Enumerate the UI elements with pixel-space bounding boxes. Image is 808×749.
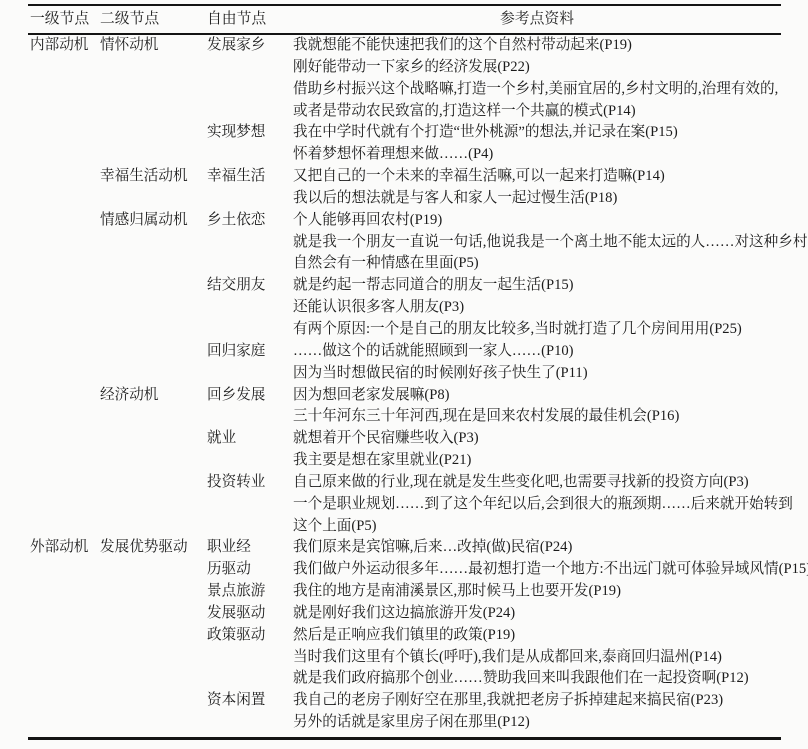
table-bottom-rule	[28, 737, 781, 740]
table-row: 当时我们这里有个镇长(呼吁),我们是从成都回来,泰商回归温州(P14)	[28, 647, 781, 669]
cell-free-node: 政策驱动	[207, 625, 293, 647]
cell-level2-node: 发展优势驱动	[100, 537, 207, 559]
table-row: 实现梦想 我在中学时代就有个打造“世外桃源”的想法,并记录在案(P15)	[28, 122, 781, 144]
table-row: 历驱动 我们做户外运动很多年……最初想打造一个地方:不出远门就可体验异域风情(P…	[28, 559, 781, 581]
cell-free-node: 就业	[207, 428, 293, 450]
cell-level1-node: 内部动机	[28, 35, 100, 57]
table-row: 一个是职业规划……到了这个年纪以后,会到很大的瓶颈期……后来就开始转到	[28, 494, 781, 516]
table-row: 我主要是想在家里就业(P21)	[28, 450, 781, 472]
cell-free-node: 发展家乡	[207, 35, 293, 57]
cell-free-node: 投资转业	[207, 472, 293, 494]
cell-level2-node: 情怀动机	[100, 35, 207, 57]
cell-reference-text: 我就想能不能快速把我们的这个自然村带动起来(P19)	[293, 35, 781, 57]
header-reference-material: 参考点资料	[293, 9, 781, 31]
table-row: 刚好能带动一下家乡的经济发展(P22)	[28, 57, 781, 79]
cell-reference-text: 自然会有一种情感在里面(P5)	[293, 253, 781, 275]
cell-reference-text: 就想着开个民宿赚些收入(P3)	[293, 428, 781, 450]
cell-reference-text: 我自己的老房子刚好空在那里,我就把老房子拆掉建起来搞民宿(P23)	[293, 690, 781, 712]
table-row: 发展驱动 就是刚好我们这边搞旅游开发(P24)	[28, 603, 781, 625]
cell-reference-text: 当时我们这里有个镇长(呼吁),我们是从成都回来,泰商回归温州(P14)	[293, 647, 781, 669]
table-row: 政策驱动 然后是正响应我们镇里的政策(P19)	[28, 625, 781, 647]
cell-reference-text: ……做这个的话就能照顾到一家人……(P10)	[293, 341, 781, 363]
cell-reference-text: 或者是带动农民致富的,打造这样一个共赢的模式(P14)	[293, 101, 781, 123]
table-header-row: 一级节点 二级节点 自由节点 参考点资料	[28, 6, 781, 33]
cell-reference-text: 又把自己的一个未来的幸福生活嘛,可以一起来打造嘛(P14)	[293, 166, 781, 188]
cell-reference-text: 还能认识很多客人朋友(P3)	[293, 297, 781, 319]
table-row: 幸福生活动机 幸福生活 又把自己的一个未来的幸福生活嘛,可以一起来打造嘛(P14…	[28, 166, 781, 188]
table-row: 经济动机 回乡发展 因为想回老家发展嘛(P8)	[28, 385, 781, 407]
table-row: 三十年河东三十年河西,现在是回来农村发展的最佳机会(P16)	[28, 406, 781, 428]
cell-reference-text: 因为想回老家发展嘛(P8)	[293, 385, 781, 407]
cell-reference-text: 刚好能带动一下家乡的经济发展(P22)	[293, 57, 781, 79]
table-row: 我以后的想法就是与客人和家人一起过慢生活(P18)	[28, 188, 781, 210]
cell-reference-text: 就是我们政府搞那个创业……赞助我回来叫我跟他们在一起投资啊(P12)	[293, 668, 781, 690]
cell-free-node: 历驱动	[207, 559, 293, 581]
cell-reference-text: 怀着梦想怀着理想来做……(P4)	[293, 144, 781, 166]
cell-reference-text: 我们原来是宾馆嘛,后来…改掉(做)民宿(P24)	[293, 537, 781, 559]
cell-level2-node: 经济动机	[100, 385, 207, 407]
table-row: 还能认识很多客人朋友(P3)	[28, 297, 781, 319]
cell-reference-text: 有两个原因:一个是自己的朋友比较多,当时就打造了几个房间用用(P25)	[293, 319, 781, 341]
table-row: 外部动机 发展优势驱动 职业经 我们原来是宾馆嘛,后来…改掉(做)民宿(P24)	[28, 537, 781, 559]
table-row: 借助乡村振兴这个战略嘛,打造一个乡村,美丽宜居的,乡村文明的,治理有效的,	[28, 79, 781, 101]
cell-free-node: 结交朋友	[207, 275, 293, 297]
table-row: 因为当时想做民宿的时候刚好孩子快生了(P11)	[28, 363, 781, 385]
table-row: 怀着梦想怀着理想来做……(P4)	[28, 144, 781, 166]
table-row: 就是我一个朋友一直说一句话,他说我是一个离土地不能太远的人……对这种乡村	[28, 232, 781, 254]
table-row: 景点旅游 我住的地方是南浦溪景区,那时候马上也要开发(P19)	[28, 581, 781, 603]
table-row: 回归家庭 ……做这个的话就能照顾到一家人……(P10)	[28, 341, 781, 363]
cell-level1-node: 外部动机	[28, 537, 100, 559]
cell-reference-text: 我在中学时代就有个打造“世外桃源”的想法,并记录在案(P15)	[293, 122, 781, 144]
cell-reference-text: 我主要是想在家里就业(P21)	[293, 450, 781, 472]
table-row: 自然会有一种情感在里面(P5)	[28, 253, 781, 275]
cell-reference-text: 然后是正响应我们镇里的政策(P19)	[293, 625, 781, 647]
header-free-node: 自由节点	[207, 9, 293, 31]
cell-reference-text: 这个上面(P5)	[293, 516, 781, 538]
cell-free-node: 幸福生活	[207, 166, 293, 188]
cell-reference-text: 我以后的想法就是与客人和家人一起过慢生活(P18)	[293, 188, 781, 210]
table-row: 情感归属动机 乡土依恋 个人能够再回农村(P19)	[28, 210, 781, 232]
cell-reference-text: 就是约起一帮志同道合的朋友一起生活(P15)	[293, 275, 781, 297]
cell-reference-text: 个人能够再回农村(P19)	[293, 210, 781, 232]
cell-reference-text: 一个是职业规划……到了这个年纪以后,会到很大的瓶颈期……后来就开始转到	[293, 494, 793, 516]
header-level2-node: 二级节点	[100, 9, 207, 31]
table-row: 有两个原因:一个是自己的朋友比较多,当时就打造了几个房间用用(P25)	[28, 319, 781, 341]
cell-reference-text: 另外的话就是家里房子闲在那里(P12)	[293, 712, 781, 734]
table-body: 内部动机 情怀动机 发展家乡 我就想能不能快速把我们的这个自然村带动起来(P19…	[28, 35, 781, 734]
coding-nodes-table: 一级节点 二级节点 自由节点 参考点资料 内部动机 情怀动机 发展家乡 我就想能…	[28, 4, 781, 740]
cell-reference-text: 借助乡村振兴这个战略嘛,打造一个乡村,美丽宜居的,乡村文明的,治理有效的,	[293, 79, 781, 101]
cell-level2-node: 情感归属动机	[100, 210, 207, 232]
cell-free-node: 乡土依恋	[207, 210, 293, 232]
cell-free-node: 职业经	[207, 537, 293, 559]
table-row: 另外的话就是家里房子闲在那里(P12)	[28, 712, 781, 734]
cell-free-node: 回乡发展	[207, 385, 293, 407]
table-row: 这个上面(P5)	[28, 516, 781, 538]
table-row: 或者是带动农民致富的,打造这样一个共赢的模式(P14)	[28, 101, 781, 123]
cell-reference-text: 我们做户外运动很多年……最初想打造一个地方:不出远门就可体验异域风情(P15)	[293, 559, 808, 581]
header-level1-node: 一级节点	[28, 9, 100, 31]
cell-level2-node: 幸福生活动机	[100, 166, 207, 188]
table-row: 投资转业 自己原来做的行业,现在就是发生些变化吧,也需要寻找新的投资方向(P3)	[28, 472, 781, 494]
cell-reference-text: 就是刚好我们这边搞旅游开发(P24)	[293, 603, 781, 625]
table-row: 就业 就想着开个民宿赚些收入(P3)	[28, 428, 781, 450]
table-row: 就是我们政府搞那个创业……赞助我回来叫我跟他们在一起投资啊(P12)	[28, 668, 781, 690]
cell-reference-text: 因为当时想做民宿的时候刚好孩子快生了(P11)	[293, 363, 781, 385]
table-row: 内部动机 情怀动机 发展家乡 我就想能不能快速把我们的这个自然村带动起来(P19…	[28, 35, 781, 57]
table-row: 资本闲置 我自己的老房子刚好空在那里,我就把老房子拆掉建起来搞民宿(P23)	[28, 690, 781, 712]
table-row: 结交朋友 就是约起一帮志同道合的朋友一起生活(P15)	[28, 275, 781, 297]
cell-reference-text: 自己原来做的行业,现在就是发生些变化吧,也需要寻找新的投资方向(P3)	[293, 472, 781, 494]
cell-free-node: 发展驱动	[207, 603, 293, 625]
cell-reference-text: 就是我一个朋友一直说一句话,他说我是一个离土地不能太远的人……对这种乡村	[293, 232, 807, 254]
cell-reference-text: 三十年河东三十年河西,现在是回来农村发展的最佳机会(P16)	[293, 406, 781, 428]
cell-free-node: 景点旅游	[207, 581, 293, 603]
cell-reference-text: 我住的地方是南浦溪景区,那时候马上也要开发(P19)	[293, 581, 781, 603]
cell-free-node: 实现梦想	[207, 122, 293, 144]
cell-free-node: 回归家庭	[207, 341, 293, 363]
cell-free-node: 资本闲置	[207, 690, 293, 712]
